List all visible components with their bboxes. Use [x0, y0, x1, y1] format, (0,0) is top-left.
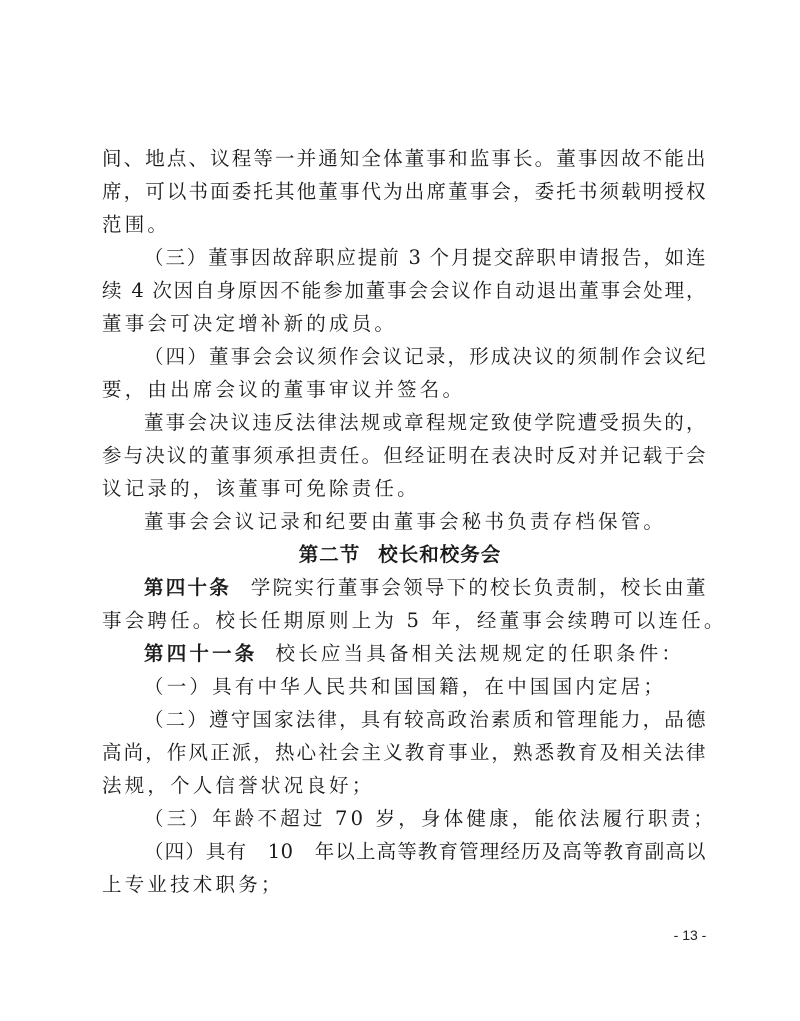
- article-41-item-2: （二）遵守国家法律，具有较高政治素质和管理能力，品德: [144, 705, 706, 735]
- liability-line: 董事会决议违反法律法规或章程规定致使学院遭受损失的，: [144, 408, 706, 438]
- body-line: 续 4 次因自身原因不能参加董事会会议作自动退出董事会处理，: [102, 276, 706, 306]
- body-line: 法规，个人信誉状况良好；: [102, 771, 706, 801]
- article-41-item-4: （四）具有 10 年以上高等教育管理经历及高等教育副高以: [144, 837, 706, 867]
- body-line: 高尚，作风正派，热心社会主义教育事业，熟悉教育及相关法律: [102, 738, 706, 768]
- document-page: 间、地点、议程等一并通知全体董事和监事长。董事因故不能出 席，可以书面委托其他董…: [0, 0, 800, 1021]
- clause-4-line: （四）董事会会议须作会议记录，形成决议的须制作会议纪: [144, 342, 706, 372]
- body-line: 事会聘任。校长任期原则上为 5 年，经董事会续聘可以连任。: [102, 606, 706, 636]
- article-41-line: 第四十一条校长应当具备相关法规规定的任职条件：: [144, 639, 706, 669]
- article-41-intro: 校长应当具备相关法规规定的任职条件：: [276, 642, 685, 665]
- article-41-item-1: （一）具有中华人民共和国国籍，在中国国内定居；: [144, 672, 706, 702]
- section-number: 第二节: [299, 543, 361, 566]
- article-40-label: 第四十条: [144, 576, 231, 599]
- article-41-label: 第四十一条: [144, 642, 258, 665]
- body-line: 上专业技术职务；: [102, 870, 706, 900]
- records-line: 董事会会议记录和纪要由董事会秘书负责存档保管。: [144, 507, 706, 537]
- clause-3-line: （三）董事因故辞职应提前 3 个月提交辞职申请报告，如连: [144, 243, 706, 273]
- article-40-line: 第四十条学院实行董事会领导下的校长负责制，校长由董: [144, 573, 706, 603]
- body-line: 范围。: [102, 210, 706, 240]
- body-line: 议记录的，该董事可免除责任。: [102, 474, 706, 504]
- body-line: 参与决议的董事须承担责任。但经证明在表决时反对并记载于会: [102, 441, 706, 471]
- body-line: 董事会可决定增补新的成员。: [102, 309, 706, 339]
- article-41-item-3: （三）年龄不超过 70 岁，身体健康，能依法履行职责；: [144, 804, 706, 834]
- page-number: - 13 -: [660, 927, 720, 943]
- article-40-text: 学院实行董事会领导下的校长负责制，校长由董: [249, 576, 706, 599]
- body-line: 席，可以书面委托其他董事代为出席董事会，委托书须载明授权: [102, 177, 706, 207]
- section-title: 校长和校务会: [378, 543, 501, 566]
- section-heading: 第二节校长和校务会: [0, 540, 800, 570]
- body-line: 间、地点、议程等一并通知全体董事和监事长。董事因故不能出: [102, 144, 706, 174]
- body-line: 要，由出席会议的董事审议并签名。: [102, 375, 706, 405]
